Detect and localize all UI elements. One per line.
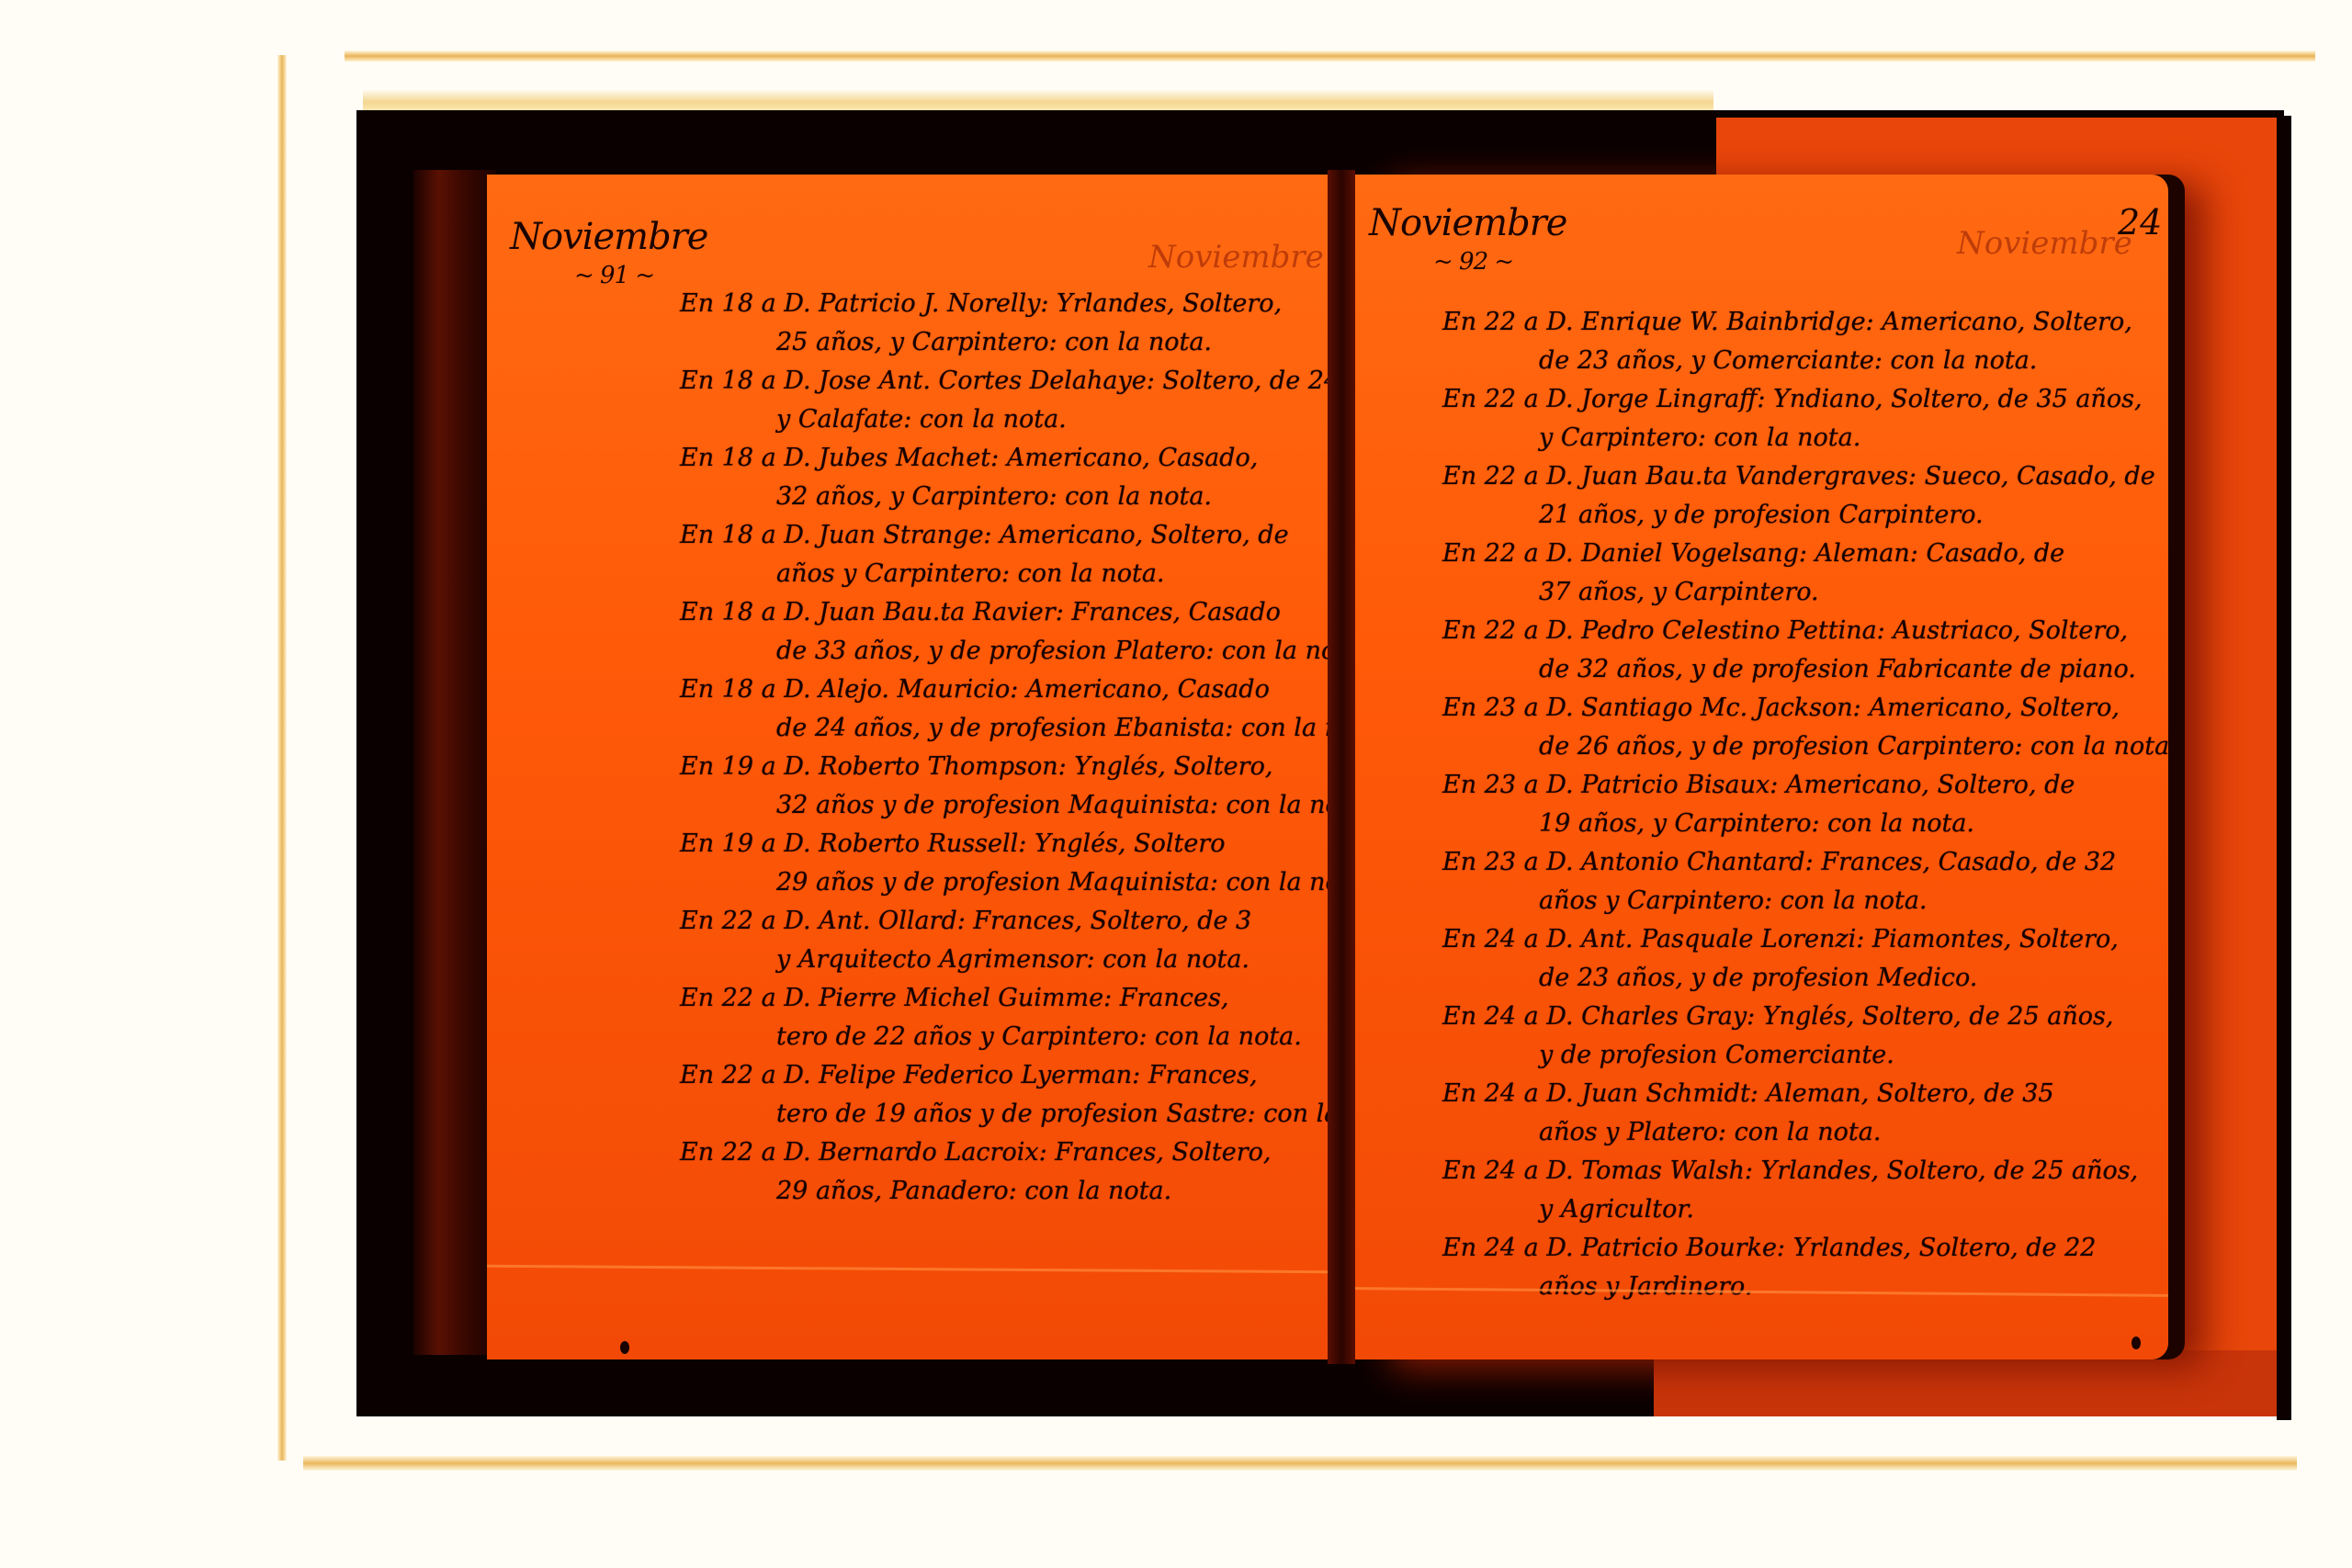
ledger-entry: En 18 a D. Juan Strange: Americano, Solt… bbox=[680, 516, 1341, 593]
right-page-ghost-header: Noviembre bbox=[1957, 225, 2132, 262]
ledger-entry: En 22 a D. Bernardo Lacroix: Frances, So… bbox=[680, 1134, 1341, 1211]
film-edge-left bbox=[277, 55, 287, 1461]
ledger-entry: En 22 a D. Pedro Celestino Pettina: Aust… bbox=[1442, 612, 2159, 689]
ledger-entry: En 23 a D. Patricio Bisaux: Americano, S… bbox=[1442, 766, 2159, 843]
left-page-header: Noviembre ~ 91 ~ bbox=[510, 216, 707, 289]
ledger-entry: En 22 a D. Daniel Vogelsang: Aleman: Cas… bbox=[1442, 535, 2159, 612]
folio-number: 24 bbox=[2118, 202, 2162, 243]
right-page-header: Noviembre ~ 92 ~ bbox=[1369, 202, 1566, 276]
ledger-entry: En 22 a D. Felipe Federico Lyerman: Fran… bbox=[680, 1056, 1341, 1134]
film-scratch bbox=[487, 1265, 1328, 1273]
ledger-entry: En 24 a D. Juan Schmidt: Aleman, Soltero… bbox=[1442, 1075, 2159, 1152]
backdrop-bottom-right bbox=[1654, 1350, 2284, 1416]
ledger-entry: En 22 a D. Ant. Ollard: Frances, Soltero… bbox=[680, 902, 1341, 979]
ledger-entry: En 18 a D. Jose Ant. Cortes Delahaye: So… bbox=[680, 362, 1341, 439]
right-header-sub: ~ 92 ~ bbox=[1433, 248, 1566, 276]
ledger-entry: En 18 a D. Juan Bau.ta Ravier: Frances, … bbox=[680, 593, 1341, 671]
ink-spot bbox=[2131, 1337, 2141, 1349]
ledger-entry: En 22 a D. Juan Bau.ta Vandergraves: Sue… bbox=[1442, 457, 2159, 535]
frame-right-bar bbox=[2277, 116, 2291, 1420]
left-page-ghost-header: Noviembre bbox=[1148, 239, 1324, 276]
ledger-entry: En 18 a D. Jubes Machet: Americano, Casa… bbox=[680, 439, 1341, 516]
ledger-entry: En 22 a D. Enrique W. Bainbridge: Americ… bbox=[1442, 303, 2159, 380]
right-header-title: Noviembre bbox=[1369, 202, 1566, 244]
left-page: Noviembre ~ 91 ~ Noviembre En 18 a D. Pa… bbox=[487, 175, 1328, 1359]
film-edge-top bbox=[345, 51, 2315, 62]
ledger-entry: En 22 a D. Jorge Lingraff: Yndiano, Solt… bbox=[1442, 380, 2159, 457]
ledger-entry: En 24 a D. Ant. Pasquale Lorenzi: Piamon… bbox=[1442, 920, 2159, 998]
ledger-entry: En 19 a D. Roberto Thompson: Ynglés, Sol… bbox=[680, 748, 1341, 825]
ledger-entry: En 18 a D. Patricio J. Norelly: Yrlandes… bbox=[680, 285, 1341, 362]
ledger-entry: En 18 a D. Alejo. Mauricio: Americano, C… bbox=[680, 671, 1341, 748]
film-edge-bottom bbox=[303, 1456, 2297, 1471]
ink-spot bbox=[620, 1341, 629, 1354]
ledger-entry: En 19 a D. Roberto Russell: Ynglés, Solt… bbox=[680, 825, 1341, 902]
ledger-entry: En 23 a D. Antonio Chantard: Frances, Ca… bbox=[1442, 843, 2159, 920]
left-header-title: Noviembre bbox=[510, 216, 707, 258]
ledger-entry: En 24 a D. Tomas Walsh: Yrlandes, Solter… bbox=[1442, 1152, 2159, 1229]
ledger-entry: En 22 a D. Pierre Michel Guimme: Frances… bbox=[680, 979, 1341, 1056]
book-gutter bbox=[1328, 170, 1355, 1364]
left-entries: En 18 a D. Patricio J. Norelly: Yrlandes… bbox=[680, 285, 1341, 1211]
right-page: Noviembre ~ 92 ~ Noviembre 24 En 22 a D.… bbox=[1355, 175, 2168, 1359]
right-entries: En 22 a D. Enrique W. Bainbridge: Americ… bbox=[1442, 303, 2159, 1306]
ledger-entry: En 24 a D. Charles Gray: Ynglés, Soltero… bbox=[1442, 998, 2159, 1075]
ledger-entry: En 23 a D. Santiago Mc. Jackson: America… bbox=[1442, 689, 2159, 766]
book-fore-edge bbox=[413, 170, 496, 1355]
